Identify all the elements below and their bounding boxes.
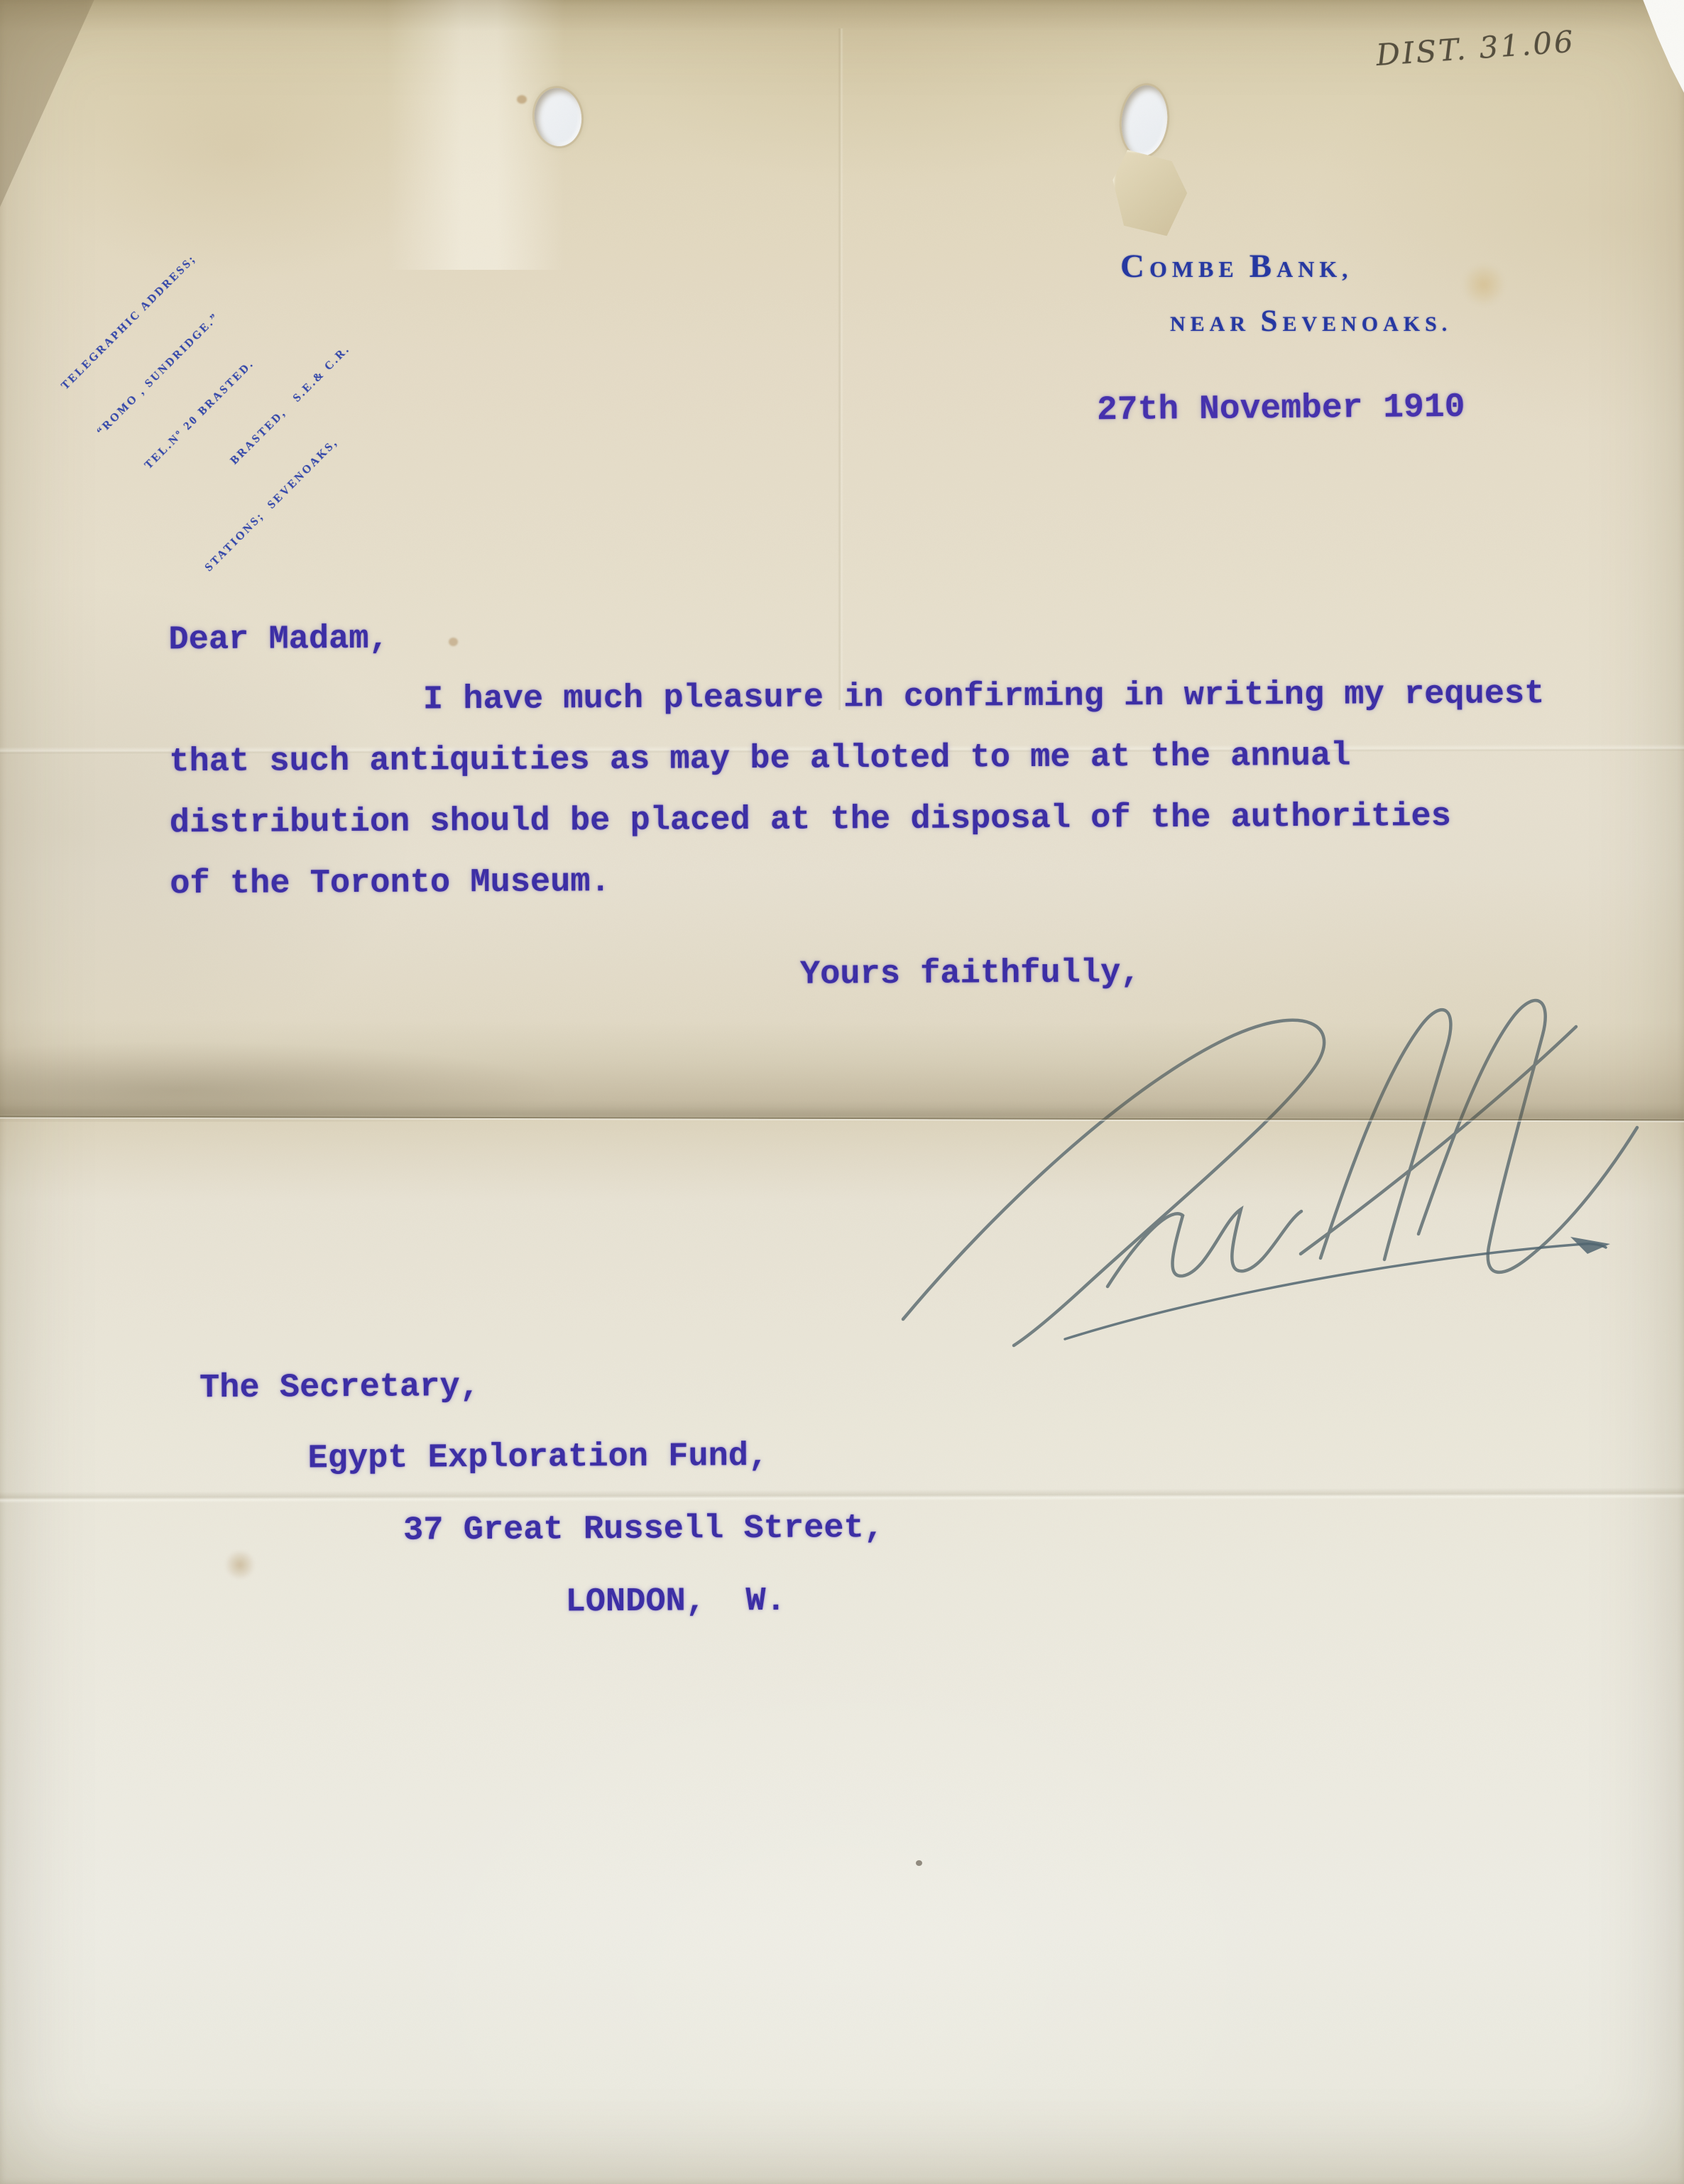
body-line: that such antiquities as may be alloted … — [169, 738, 1350, 781]
recipient-line: 37 Great Russell Street, — [403, 1510, 884, 1549]
fold-smudge — [0, 1042, 554, 1122]
recipient-line: Egypt Exploration Fund, — [307, 1438, 768, 1478]
body-line: I have much pleasure in confirming in wr… — [423, 676, 1545, 719]
recipient-line: The Secretary, — [199, 1369, 480, 1407]
recipient-line: LONDON, W. — [565, 1583, 786, 1621]
body-line: distribution should be placed at the dis… — [170, 799, 1451, 842]
valediction: Yours faithfully, — [800, 955, 1141, 993]
letter-scan-page: DIST. 31.06 TELEGRAPHIC ADDRESS; “ROMO ,… — [0, 0, 1684, 2184]
body-line: of the Toronto Museum. — [170, 864, 611, 903]
salutation: Dear Madam, — [168, 621, 389, 659]
